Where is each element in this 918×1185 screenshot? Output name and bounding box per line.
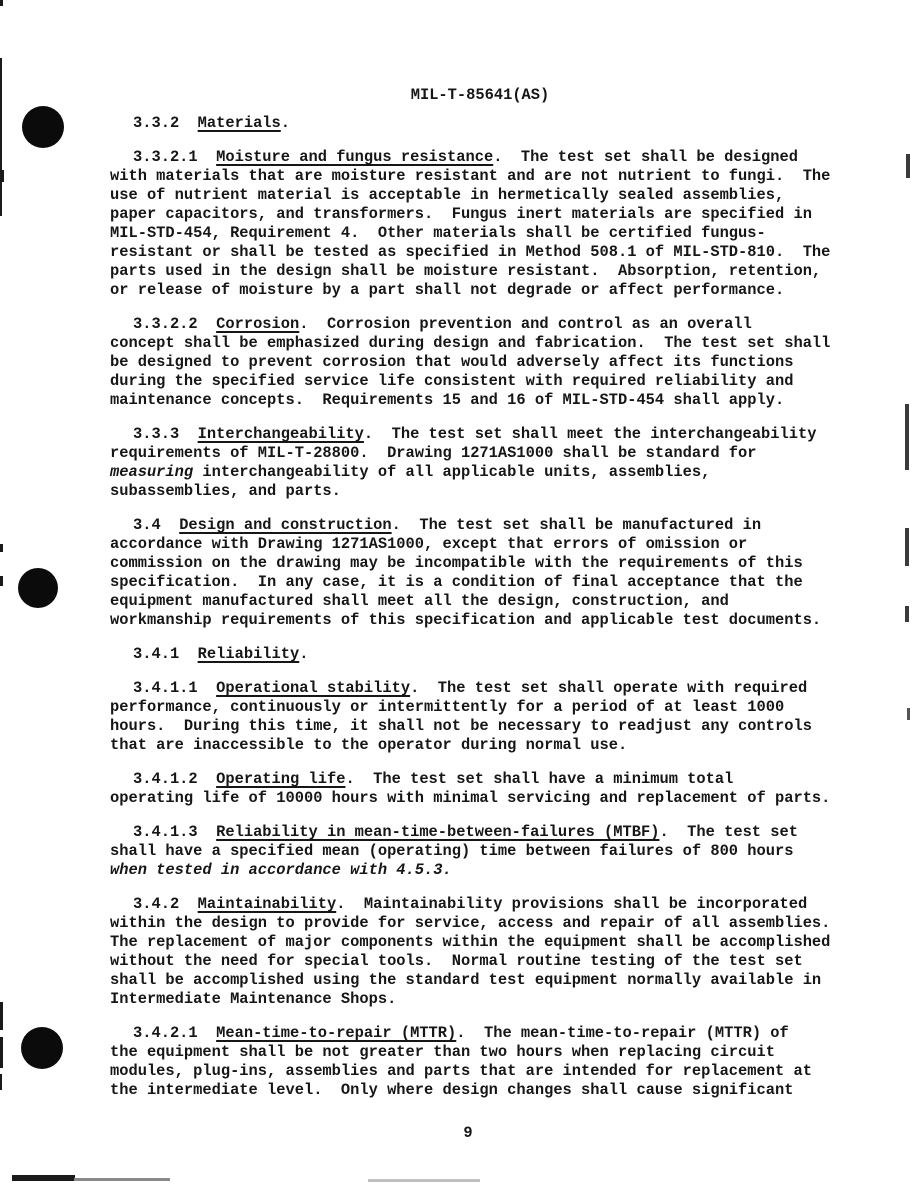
text-line: be designed to prevent corrosion that wo… bbox=[110, 353, 858, 372]
text-line: measuring interchangeability of all appl… bbox=[110, 463, 858, 482]
paragraph-3-3-2-2: 3.3.2.2 Corrosion. Corrosion prevention … bbox=[110, 315, 858, 410]
text-line: the intermediate level. Only where desig… bbox=[110, 1081, 858, 1100]
text-segment: 3.4.1.3 bbox=[133, 823, 216, 841]
scan-mark bbox=[12, 1175, 75, 1181]
paragraph-3-4-1-3: 3.4.1.3 Reliability in mean-time-between… bbox=[110, 823, 858, 880]
text-segment: resistant or shall be tested as specifie… bbox=[110, 243, 830, 261]
document-id-header: MIL-T-85641(AS) bbox=[110, 86, 850, 105]
text-segment: . bbox=[281, 114, 290, 132]
text-line: 3.4.1.3 Reliability in mean-time-between… bbox=[110, 823, 858, 842]
text-line: 3.4.1 Reliability. bbox=[110, 645, 858, 664]
text-line: shall be accomplished using the standard… bbox=[110, 971, 858, 990]
text-line: paper capacitors, and transformers. Fung… bbox=[110, 205, 858, 224]
paragraph-3-4-1-1: 3.4.1.1 Operational stability. The test … bbox=[110, 679, 858, 755]
scan-mark bbox=[907, 708, 910, 720]
text-line: 3.3.2 Materials. bbox=[110, 114, 858, 133]
text-line: hours. During this time, it shall not be… bbox=[110, 717, 858, 736]
text-segment: specification. In any case, it is a cond… bbox=[110, 573, 803, 591]
text-segment: 3.3.3 bbox=[133, 425, 198, 443]
text-segment: . The test set shall operate with requir… bbox=[410, 679, 807, 697]
text-segment: or release of moisture by a part shall n… bbox=[110, 281, 784, 299]
scan-mark bbox=[0, 1037, 3, 1068]
paragraph-3-4-1-2: 3.4.1.2 Operating life. The test set sha… bbox=[110, 770, 858, 808]
text-line: that are inaccessible to the operator du… bbox=[110, 736, 858, 755]
scan-mark bbox=[0, 58, 2, 216]
paragraph-3-3-2-1: 3.3.2.1 Moisture and fungus resistance. … bbox=[110, 148, 858, 300]
text-segment: 3.4.2.1 bbox=[133, 1024, 216, 1042]
text-segment: 3.4 bbox=[133, 516, 179, 534]
text-segment: . The test set shall have a minimum tota… bbox=[345, 770, 733, 788]
text-segment: . The test set shall be manufactured in bbox=[392, 516, 761, 534]
text-line: 3.4.1.2 Operating life. The test set sha… bbox=[110, 770, 858, 789]
text-line: Intermediate Maintenance Shops. bbox=[110, 990, 858, 1009]
text-segment: 3.4.1.2 bbox=[133, 770, 216, 788]
text-segment: during the specified service life consis… bbox=[110, 372, 793, 390]
text-segment: be designed to prevent corrosion that wo… bbox=[110, 353, 793, 371]
hole-punch bbox=[21, 1027, 63, 1069]
text-line: the equipment shall be not greater than … bbox=[110, 1043, 858, 1062]
text-segment: subassemblies, and parts. bbox=[110, 482, 341, 500]
scan-mark bbox=[0, 576, 3, 586]
text-segment: . Maintainability provisions shall be in… bbox=[336, 895, 807, 913]
paragraph-3-4-1: 3.4.1 Reliability. bbox=[110, 645, 858, 664]
section-heading: Interchangeability bbox=[198, 425, 364, 443]
text-segment: paper capacitors, and transformers. Fung… bbox=[110, 205, 812, 223]
text-line: use of nutrient material is acceptable i… bbox=[110, 186, 858, 205]
text-segment: that are inaccessible to the operator du… bbox=[110, 736, 627, 754]
text-line: The replacement of major components with… bbox=[110, 933, 858, 952]
text-line: or release of moisture by a part shall n… bbox=[110, 281, 858, 300]
page-number: 9 bbox=[18, 1124, 918, 1143]
scan-mark bbox=[0, 544, 3, 552]
text-segment: concept shall be emphasized during desig… bbox=[110, 334, 830, 352]
text-segment: . The test set shall be designed bbox=[493, 148, 798, 166]
text-line: equipment manufactured shall meet all th… bbox=[110, 592, 858, 611]
hole-punch bbox=[18, 568, 58, 608]
text-segment: the intermediate level. Only where desig… bbox=[110, 1081, 793, 1099]
text-line: with materials that are moisture resista… bbox=[110, 167, 858, 186]
text-line: within the design to provide for service… bbox=[110, 914, 858, 933]
scan-mark bbox=[0, 1074, 2, 1090]
text-segment: parts used in the design shall be moistu… bbox=[110, 262, 821, 280]
text-segment: requirements of MIL-T-28800. Drawing 127… bbox=[110, 444, 757, 462]
text-line: subassemblies, and parts. bbox=[110, 482, 858, 501]
text-line: accordance with Drawing 1271AS1000, exce… bbox=[110, 535, 858, 554]
text-line: commission on the drawing may be incompa… bbox=[110, 554, 858, 573]
hole-punch bbox=[22, 106, 64, 148]
text-segment: shall have a specified mean (operating) … bbox=[110, 842, 793, 860]
text-segment: measuring bbox=[110, 463, 193, 481]
scan-mark bbox=[0, 0, 3, 6]
text-segment: without the need for special tools. Norm… bbox=[110, 952, 803, 970]
text-line: 3.3.2.2 Corrosion. Corrosion prevention … bbox=[110, 315, 858, 334]
text-line: during the specified service life consis… bbox=[110, 372, 858, 391]
text-line: maintenance concepts. Requirements 15 an… bbox=[110, 391, 858, 410]
scan-mark bbox=[0, 170, 4, 182]
text-line: shall have a specified mean (operating) … bbox=[110, 842, 858, 861]
text-line: 3.3.2.1 Moisture and fungus resistance. … bbox=[110, 148, 858, 167]
text-line: parts used in the design shall be moistu… bbox=[110, 262, 858, 281]
text-segment: . The test set shall meet the interchang… bbox=[364, 425, 817, 443]
text-segment: . The mean-time-to-repair (MTTR) of bbox=[456, 1024, 789, 1042]
text-line: resistant or shall be tested as specifie… bbox=[110, 243, 858, 262]
text-segment: shall be accomplished using the standard… bbox=[110, 971, 821, 989]
document-body: 3.3.2 Materials.3.3.2.1 Moisture and fun… bbox=[110, 114, 858, 1100]
text-segment: hours. During this time, it shall not be… bbox=[110, 717, 812, 735]
section-heading: Operational stability bbox=[216, 679, 410, 697]
text-segment: Intermediate Maintenance Shops. bbox=[110, 990, 396, 1008]
section-heading: Operating life bbox=[216, 770, 345, 788]
text-line: modules, plug-ins, assemblies and parts … bbox=[110, 1062, 858, 1081]
text-segment: modules, plug-ins, assemblies and parts … bbox=[110, 1062, 812, 1080]
text-line: concept shall be emphasized during desig… bbox=[110, 334, 858, 353]
scan-mark bbox=[906, 154, 910, 178]
text-segment: maintenance concepts. Requirements 15 an… bbox=[110, 391, 784, 409]
section-heading: Reliability bbox=[198, 645, 300, 663]
text-segment: with materials that are moisture resista… bbox=[110, 167, 830, 185]
text-line: workmanship requirements of this specifi… bbox=[110, 611, 858, 630]
section-heading: Maintainability bbox=[198, 895, 337, 913]
text-segment: workmanship requirements of this specifi… bbox=[110, 611, 821, 629]
text-segment: the equipment shall be not greater than … bbox=[110, 1043, 775, 1061]
text-segment: . bbox=[299, 645, 308, 663]
section-heading: Mean-time-to-repair (MTTR) bbox=[216, 1024, 456, 1042]
text-segment: 3.4.1.1 bbox=[133, 679, 216, 697]
scan-mark bbox=[0, 1002, 3, 1030]
section-heading: Moisture and fungus resistance bbox=[216, 148, 493, 166]
text-segment: MIL-STD-454, Requirement 4. Other materi… bbox=[110, 224, 766, 242]
section-heading: Corrosion bbox=[216, 315, 299, 333]
section-heading: Materials bbox=[198, 114, 281, 132]
scan-mark bbox=[368, 1179, 480, 1182]
text-segment: . Corrosion prevention and control as an… bbox=[299, 315, 752, 333]
section-heading: Design and construction bbox=[179, 516, 391, 534]
text-line: 3.4.2 Maintainability. Maintainability p… bbox=[110, 895, 858, 914]
paragraph-3-4: 3.4 Design and construction. The test se… bbox=[110, 516, 858, 630]
scan-mark bbox=[905, 528, 909, 566]
text-segment: 3.3.2 bbox=[133, 114, 198, 132]
scan-mark bbox=[905, 404, 909, 470]
text-segment: commission on the drawing may be incompa… bbox=[110, 554, 803, 572]
text-line: operating life of 10000 hours with minim… bbox=[110, 789, 858, 808]
text-segment: when tested in accordance with 4.5.3. bbox=[110, 861, 452, 879]
paragraph-3-3-2: 3.3.2 Materials. bbox=[110, 114, 858, 133]
text-segment: 3.4.2 bbox=[133, 895, 198, 913]
text-segment: equipment manufactured shall meet all th… bbox=[110, 592, 729, 610]
text-line: 3.4.2.1 Mean-time-to-repair (MTTR). The … bbox=[110, 1024, 858, 1043]
text-line: performance, continuously or intermitten… bbox=[110, 698, 858, 717]
text-line: specification. In any case, it is a cond… bbox=[110, 573, 858, 592]
paragraph-3-3-3: 3.3.3 Interchangeability. The test set s… bbox=[110, 425, 858, 501]
scan-mark bbox=[74, 1178, 170, 1181]
text-segment: performance, continuously or intermitten… bbox=[110, 698, 784, 716]
text-segment: use of nutrient material is acceptable i… bbox=[110, 186, 784, 204]
text-segment: interchangeability of all applicable uni… bbox=[193, 463, 710, 481]
text-segment: 3.3.2.2 bbox=[133, 315, 216, 333]
text-line: 3.4 Design and construction. The test se… bbox=[110, 516, 858, 535]
paragraph-3-4-2: 3.4.2 Maintainability. Maintainability p… bbox=[110, 895, 858, 1009]
scan-mark bbox=[905, 606, 909, 622]
text-segment: The replacement of major components with… bbox=[110, 933, 830, 951]
text-segment: operating life of 10000 hours with minim… bbox=[110, 789, 830, 807]
text-segment: 3.4.1 bbox=[133, 645, 198, 663]
text-line: requirements of MIL-T-28800. Drawing 127… bbox=[110, 444, 858, 463]
text-line: when tested in accordance with 4.5.3. bbox=[110, 861, 858, 880]
text-segment: accordance with Drawing 1271AS1000, exce… bbox=[110, 535, 747, 553]
text-segment: . The test set bbox=[659, 823, 798, 841]
text-line: without the need for special tools. Norm… bbox=[110, 952, 858, 971]
text-segment: 3.3.2.1 bbox=[133, 148, 216, 166]
text-line: 3.4.1.1 Operational stability. The test … bbox=[110, 679, 858, 698]
document-page: MIL-T-85641(AS) 3.3.2 Materials.3.3.2.1 … bbox=[0, 0, 918, 1185]
section-heading: Reliability in mean-time-between-failure… bbox=[216, 823, 659, 841]
text-line: 3.3.3 Interchangeability. The test set s… bbox=[110, 425, 858, 444]
paragraph-3-4-2-1: 3.4.2.1 Mean-time-to-repair (MTTR). The … bbox=[110, 1024, 858, 1100]
text-segment: within the design to provide for service… bbox=[110, 914, 830, 932]
text-line: MIL-STD-454, Requirement 4. Other materi… bbox=[110, 224, 858, 243]
